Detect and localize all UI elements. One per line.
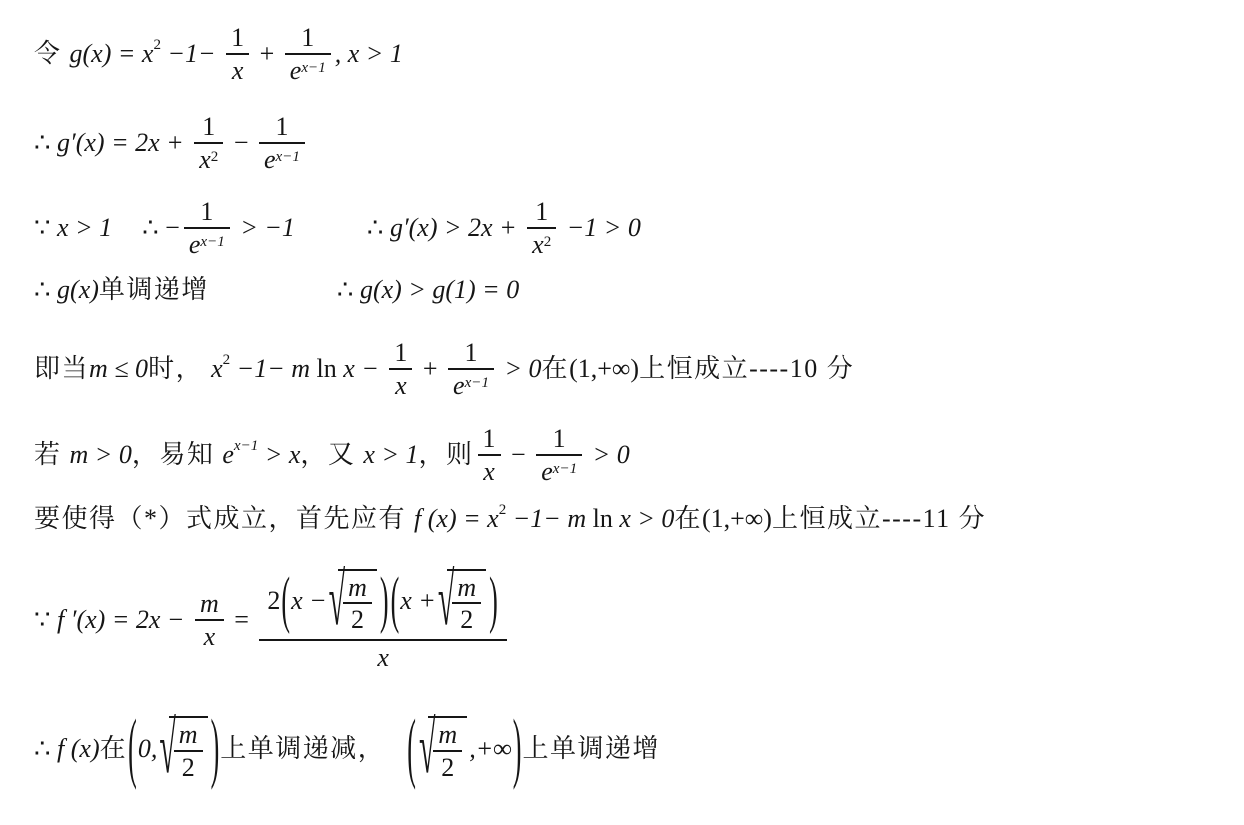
cjk-text: 要使得（*）式成立，首先应有 <box>34 504 414 534</box>
cjk-text: 在 <box>542 354 570 384</box>
math-text: , x > 1 <box>335 39 403 69</box>
exponent: 2 <box>499 502 507 519</box>
right-paren: ) <box>513 736 522 762</box>
paren-glyph: ) <box>380 569 389 633</box>
fraction: 1 ex−1 <box>285 24 331 84</box>
fraction: m 2 <box>433 721 462 781</box>
math-text: x > 1 <box>57 213 112 243</box>
math-text: −1− m <box>506 504 586 534</box>
interval-text: (1,+∞) <box>569 354 639 384</box>
radical-sign: √ <box>419 713 435 787</box>
cjk-text: 令 <box>34 39 70 69</box>
exponent: x−1 <box>200 234 224 250</box>
math-text: m > 0 <box>70 440 132 470</box>
therefore-symbol: ∴ <box>337 275 360 305</box>
numerator: m <box>174 721 203 749</box>
cjk-text: ，易知 <box>132 440 223 470</box>
fraction: 1 ex−1 <box>184 198 230 258</box>
right-paren: ) <box>211 736 220 762</box>
math-text: x <box>211 354 223 384</box>
radical-sign: √ <box>329 566 345 640</box>
cjk-text: ，又 <box>300 440 363 470</box>
interval-text: (1,+∞) <box>702 504 772 534</box>
math-text: x + <box>400 586 436 616</box>
radical-sign: √ <box>438 566 454 640</box>
base: x <box>199 145 211 174</box>
numerator: 1 <box>478 425 501 453</box>
square-root: √ m 2 <box>419 716 467 782</box>
math-text: g′(x) = 2x + <box>57 128 190 158</box>
therefore-symbol: ∴ <box>34 734 57 764</box>
exponent: x−1 <box>234 438 258 455</box>
exponent: x−1 <box>465 375 489 391</box>
fraction: m 2 <box>452 574 481 634</box>
exponent: 2 <box>223 352 231 369</box>
cjk-text: ，则 <box>419 440 474 470</box>
math-text: − <box>227 128 255 158</box>
fraction: m x <box>195 590 224 650</box>
therefore-symbol: ∴ <box>34 275 57 305</box>
numerator: m <box>195 590 224 618</box>
left-paren: ( <box>128 736 137 762</box>
cjk-text-score: 上恒成立----10 分 <box>639 354 854 384</box>
math-text: + <box>416 354 444 384</box>
denominator: x <box>478 454 501 485</box>
denominator: 2 <box>343 602 372 633</box>
cjk-text: 若 <box>34 440 70 470</box>
formula-line-5: 即当 m ≤ 0 时， x 2 −1− m ln x − 1 x + 1 ex−… <box>34 330 1236 408</box>
math-text: g(x) > g(1) = 0 <box>360 275 519 305</box>
denominator: 2 <box>174 750 203 781</box>
denominator: x <box>226 53 249 84</box>
cjk-text: 在 <box>674 504 702 534</box>
because-symbol: ∵ <box>34 213 57 243</box>
math-text: ,+∞ <box>469 734 512 764</box>
math-text: > −1 <box>234 213 295 243</box>
base: e <box>453 371 465 400</box>
formula-line-1: 令 g(x) = x 2 −1− 1 x + 1 ex−1 , x > 1 <box>34 14 1236 94</box>
cjk-text: 上单调递减， <box>220 734 393 764</box>
denominator: ex−1 <box>184 227 230 258</box>
math-text: > 0 <box>586 440 630 470</box>
base: e <box>290 56 302 85</box>
exponent: 2 <box>153 37 161 54</box>
formula-line-2: ∴ g′(x) = 2x + 1 x2 − 1 ex−1 <box>34 104 1236 182</box>
numerator: 1 <box>296 24 319 52</box>
fraction: m 2 <box>174 721 203 781</box>
radical-sign: √ <box>159 713 175 787</box>
math-text: g′(x) > 2x + <box>390 213 523 243</box>
therefore-symbol: ∴ − <box>142 213 180 243</box>
left-paren: ( <box>391 588 400 614</box>
fraction: 1 x <box>389 339 412 399</box>
formula-line-4: ∴ g(x) 单调递增 ∴ g(x) > g(1) = 0 <box>34 268 1236 312</box>
right-paren: ) <box>489 588 498 614</box>
math-text: x > 1 <box>363 440 418 470</box>
math-text: 0, <box>138 734 158 764</box>
math-text: f (x) = x <box>414 504 499 534</box>
numerator: 1 <box>460 339 483 367</box>
math-text: m ≤ 0 <box>89 354 148 384</box>
base: e <box>222 440 234 470</box>
ln-operator: ln <box>586 504 619 534</box>
math-text: x − <box>291 586 327 616</box>
math-text: x − <box>343 354 385 384</box>
coefficient: 2 <box>267 586 280 616</box>
because-symbol: ∵ <box>34 605 57 635</box>
exponent: 2 <box>211 149 219 165</box>
paren-glyph: ( <box>281 569 290 633</box>
cjk-text: 时， <box>148 354 211 384</box>
fraction: 1 ex−1 <box>536 425 582 485</box>
math-text: > x <box>258 440 300 470</box>
denominator: x2 <box>194 142 223 173</box>
denominator: x <box>389 368 412 399</box>
cjk-text: 单调递增 <box>99 275 209 305</box>
numerator: 1 <box>270 113 293 141</box>
math-text: + <box>253 39 281 69</box>
math-text: −1− m <box>230 354 310 384</box>
numerator: 1 <box>530 198 553 226</box>
cjk-text-score: 上恒成立----11 分 <box>772 504 986 534</box>
formula-line-6: 若 m > 0 ，易知 e x−1 > x ，又 x > 1 ，则 1 x − … <box>34 418 1236 492</box>
exponent: 2 <box>544 234 552 250</box>
big-denominator: x <box>259 639 506 671</box>
left-paren: ( <box>281 588 290 614</box>
numerator: m <box>433 721 462 749</box>
fraction: 1 x2 <box>194 113 223 173</box>
base: e <box>264 145 276 174</box>
paren-glyph: ) <box>489 569 498 633</box>
numerator: 1 <box>548 425 571 453</box>
fraction: 1 ex−1 <box>448 339 494 399</box>
denominator: ex−1 <box>259 142 305 173</box>
big-numerator: 2 ( x − √ m 2 ) ( x + √ <box>259 569 506 640</box>
square-root: √ m 2 <box>438 569 486 635</box>
therefore-symbol: ∴ <box>34 128 57 158</box>
exponent: x−1 <box>301 60 325 76</box>
formula-line-3: ∵ x > 1 ∴ − 1 ex−1 > −1 ∴ g′(x) > 2x + 1… <box>34 192 1236 264</box>
formula-line-9: ∴ f (x) 在 ( 0, √ m 2 ) 上单调递减， ( √ m 2 <box>34 694 1236 804</box>
left-paren: ( <box>407 736 416 762</box>
fraction: 1 x2 <box>527 198 556 258</box>
cjk-text: 在 <box>100 734 128 764</box>
base: x <box>532 230 544 259</box>
numerator: 1 <box>226 24 249 52</box>
numerator: 1 <box>197 113 220 141</box>
paren-glyph: ( <box>391 569 400 633</box>
math-text: g(x) = x <box>70 39 154 69</box>
math-text: g(x) <box>57 275 99 305</box>
paren-glyph: ) <box>211 710 220 788</box>
paren-glyph: ) <box>513 710 522 788</box>
therefore-symbol: ∴ <box>367 213 390 243</box>
math-text: f ′(x) = 2x − <box>57 605 191 635</box>
math-text: − <box>505 440 533 470</box>
exponent: x−1 <box>276 149 300 165</box>
paren-glyph: ( <box>407 710 416 788</box>
square-root: √ m 2 <box>329 569 377 635</box>
denominator: x2 <box>527 227 556 258</box>
fraction: m 2 <box>343 574 372 634</box>
formula-line-8: ∵ f ′(x) = 2x − m x = 2 ( x − √ m 2 <box>34 546 1236 694</box>
math-text: = <box>228 605 256 635</box>
denominator: ex−1 <box>448 368 494 399</box>
denominator: 2 <box>452 602 481 633</box>
fraction: 1 ex−1 <box>259 113 305 173</box>
numerator: 1 <box>389 339 412 367</box>
denominator: ex−1 <box>285 53 331 84</box>
numerator: 1 <box>195 198 218 226</box>
math-text: −1− <box>161 39 222 69</box>
base: e <box>541 457 553 486</box>
math-text: > 0 <box>498 354 542 384</box>
big-fraction: 2 ( x − √ m 2 ) ( x + √ <box>259 569 506 672</box>
cjk-text: 上单调递增 <box>522 734 660 764</box>
cjk-text: 即当 <box>34 354 89 384</box>
denominator: ex−1 <box>536 454 582 485</box>
math-text: −1 > 0 <box>560 213 641 243</box>
fraction: 1 x <box>478 425 501 485</box>
ln-operator: ln <box>310 354 343 384</box>
base: e <box>189 230 201 259</box>
fraction: 1 x <box>226 24 249 84</box>
math-text: f (x) <box>57 734 100 764</box>
document-page: 令 g(x) = x 2 −1− 1 x + 1 ex−1 , x > 1 ∴ … <box>0 0 1244 804</box>
denominator: 2 <box>433 750 462 781</box>
square-root: √ m 2 <box>159 716 207 782</box>
formula-line-7: 要使得（*）式成立，首先应有 f (x) = x 2 −1− m ln x > … <box>34 496 1236 542</box>
numerator: m <box>343 574 372 602</box>
right-paren: ) <box>380 588 389 614</box>
denominator: x <box>195 619 224 650</box>
numerator: m <box>452 574 481 602</box>
paren-glyph: ( <box>128 710 137 788</box>
math-text: x > 0 <box>619 504 674 534</box>
exponent: x−1 <box>553 461 577 477</box>
